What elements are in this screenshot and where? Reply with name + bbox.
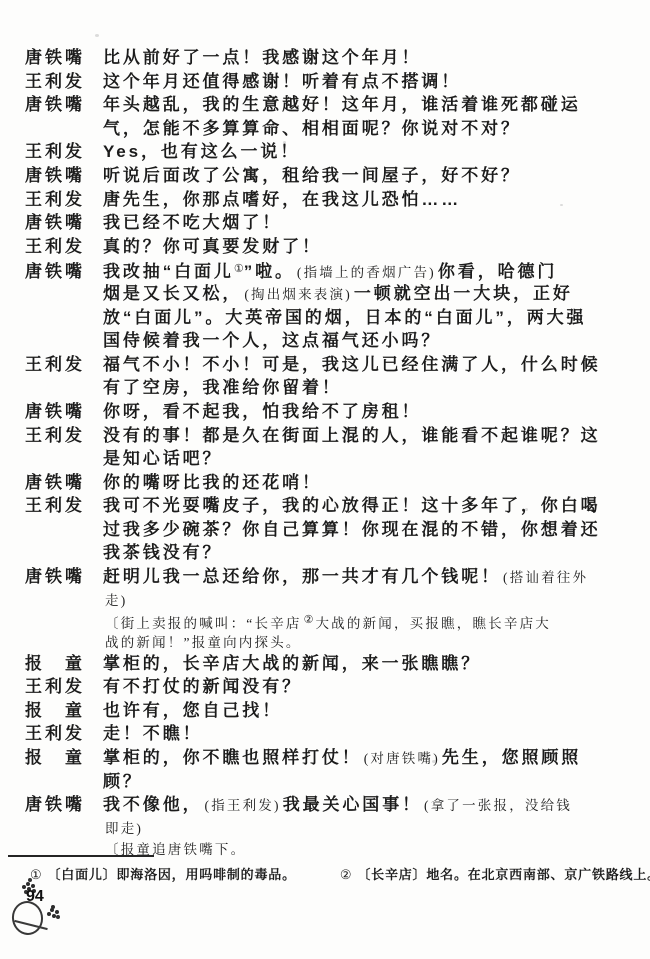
line-segment: 听说后面改了公寓，租给我一间屋子，好不好？ <box>103 166 521 185</box>
book-page: 唐铁嘴比从前好了一点！我感谢这个年月！王利发这个年月还值得感谢！听着有点不搭调！… <box>0 0 650 959</box>
script-line: 气，怎能不多算算命、相相面呢？你说对不对？ <box>0 117 650 141</box>
script-lines: 唐铁嘴比从前好了一点！我感谢这个年月！王利发这个年月还值得感谢！听着有点不搭调！… <box>0 46 650 859</box>
speaker-name: 王利发 <box>25 188 87 212</box>
script-line: 报 童也许有，您自己找！ <box>0 699 650 723</box>
line-text: 掌柜的，你不瞧也照样打仗！(对唐铁嘴)先生，您照顾照 <box>103 746 581 771</box>
line-segment: 走！不瞧！ <box>103 724 203 743</box>
line-segment: 真的？你可真要发财了！ <box>103 237 322 256</box>
script-line: 王利发没有的事！都是久在街面上混的人，谁能看不起谁呢？这 <box>0 424 650 448</box>
script-line: 过我多少碗茶？你自己算算！你现在混的不错，你想着还 <box>0 518 650 542</box>
speaker-name: 唐铁嘴 <box>25 471 87 495</box>
line-segment: (掏出烟来表演) <box>242 287 354 302</box>
speaker-name: 王利发 <box>25 722 87 746</box>
script-line: 王利发福气不小！不小！可是，我这儿已经住满了人，什么时候 <box>0 353 650 377</box>
line-text: 气，怎能不多算算命、相相面呢？你说对不对？ <box>103 117 521 141</box>
line-text: 有不打仗的新闻没有？ <box>103 675 302 699</box>
script-line: 王利发唐先生，你那点嗜好，在我这儿恐怕…… <box>0 188 650 212</box>
line-text: 走) <box>103 589 129 611</box>
line-text: 听说后面改了公寓，租给我一间屋子，好不好？ <box>103 164 521 188</box>
line-segment: 有了空房，我准给你留着！ <box>103 378 342 397</box>
script-line: 唐铁嘴我已经不吃大烟了！ <box>0 211 650 235</box>
line-text: Yes，也有这么一说！ <box>103 140 300 164</box>
line-segment: 掌柜的，你不瞧也照样打仗！ <box>103 748 362 767</box>
line-segment: 有不打仗的新闻没有？ <box>103 677 302 696</box>
line-text: 比从前好了一点！我感谢这个年月！ <box>103 46 421 70</box>
line-segment: 过我多少碗茶？你自己算算！你现在混的不错，你想着还 <box>103 520 601 539</box>
line-segment: 赶明儿我一总还给你，那一共才有几个钱呢！ <box>103 567 501 586</box>
speaker-name: 唐铁嘴 <box>25 565 87 589</box>
line-segment: 这个年月还值得感谢！听着有点不搭调！ <box>103 72 461 91</box>
line-segment: (指墙上的香烟广告) <box>295 265 438 280</box>
script-line: 唐铁嘴听说后面改了公寓，租给我一间屋子，好不好？ <box>0 164 650 188</box>
speaker-name: 报 童 <box>25 652 87 676</box>
script-line: 有了空房，我准给你留着！ <box>0 376 650 400</box>
line-text: 掌柜的，长辛店大战的新闻，来一张瞧瞧？ <box>103 652 481 676</box>
line-segment: 气，怎能不多算算命、相相面呢？你说对不对？ <box>103 119 521 138</box>
script-line: 王利发真的？你可真要发财了！ <box>0 235 650 259</box>
speaker-name: 王利发 <box>25 140 87 164</box>
line-text: 战的新闻！”报童向内探头。 <box>103 631 304 653</box>
script-line: 唐铁嘴我改抽“白面儿①”啦。(指墙上的香烟广告)你看，哈德门 <box>0 258 650 282</box>
line-segment: ”啦。 <box>244 262 295 281</box>
line-text: 顾？ <box>103 770 143 794</box>
footnote-text: 〔白面儿〕即海洛因，用吗啡制的毒品。 <box>47 864 295 883</box>
script-line: 烟是又长又松，(掏出烟来表演)一顿就空出一大块，正好 <box>0 282 650 306</box>
script-line: 战的新闻！”报童向内探头。 <box>0 631 650 652</box>
script-line: 国侍候着我一个人，这点福气还小吗？ <box>0 329 650 353</box>
line-text: 赶明儿我一总还给你，那一共才有几个钱呢！(搭讪着往外 <box>103 565 590 590</box>
script-line: 王利发我可不光耍嘴皮子，我的心放得正！这十多年了，你白喝 <box>0 494 650 518</box>
speaker-name: 唐铁嘴 <box>25 164 87 188</box>
line-segment: 我改抽“白面儿 <box>103 262 234 281</box>
scan-speck <box>560 204 563 206</box>
footnote-item: ② 〔长辛店〕地名。在北京西南部、京广铁路线上。 <box>340 864 650 883</box>
script-line: 即走) <box>0 817 650 838</box>
line-segment: (指王利发) <box>203 798 283 813</box>
flower-ornament-icon <box>50 908 54 912</box>
line-segment: 我已经不吃大烟了！ <box>103 213 282 232</box>
line-text: 我茶钱没有？ <box>103 541 222 565</box>
line-text: 我改抽“白面儿①”啦。(指墙上的香烟广告)你看，哈德门 <box>103 258 557 285</box>
line-segment: 大战的新闻，买报瞧，瞧长辛店大 <box>313 616 553 631</box>
line-segment: 掌柜的，长辛店大战的新闻，来一张瞧瞧？ <box>103 654 481 673</box>
scan-speck <box>525 508 528 511</box>
script-line: 王利发这个年月还值得感谢！听着有点不搭调！ <box>0 70 650 94</box>
speaker-name: 唐铁嘴 <box>25 260 87 284</box>
script-line: 王利发有不打仗的新闻没有？ <box>0 675 650 699</box>
line-text: 有了空房，我准给你留着！ <box>103 376 342 400</box>
speaker-name: 唐铁嘴 <box>25 46 87 70</box>
scan-speck <box>95 34 99 37</box>
line-text: 年头越乱，我的生意越好！这年月，谁活着谁死都碰运 <box>103 93 581 117</box>
line-segment: 一顿就空出一大块，正好 <box>354 284 573 303</box>
speaker-name: 报 童 <box>25 699 87 723</box>
line-segment: 我不像他， <box>103 795 203 814</box>
line-text: 烟是又长又松，(掏出烟来表演)一顿就空出一大块，正好 <box>103 282 573 307</box>
footnote-divider <box>8 855 154 857</box>
speaker-name: 唐铁嘴 <box>25 400 87 424</box>
line-segment: 走) <box>103 593 129 608</box>
line-segment: 没有的事！都是久在街面上混的人，谁能看不起谁呢？这 <box>103 426 601 445</box>
line-segment: 战的新闻！”报童向内探头。 <box>103 635 304 650</box>
line-segment: 烟是又长又松， <box>103 284 242 303</box>
line-segment: 国侍候着我一个人，这点福气还小吗？ <box>103 331 441 350</box>
script-line: 走) <box>0 589 650 610</box>
script-line: 〔街上卖报的喊叫：“长辛店②大战的新闻，买报瞧，瞧长辛店大 <box>0 610 650 631</box>
speaker-name: 王利发 <box>25 424 87 448</box>
script-line: 放“白面儿”。大英帝国的烟，日本的“白面儿”，两大强 <box>0 306 650 330</box>
line-text: 你的嘴呀比我的还花哨！ <box>103 471 322 495</box>
scan-speck <box>283 141 286 144</box>
line-text: 走！不瞧！ <box>103 722 203 746</box>
speaker-name: 王利发 <box>25 675 87 699</box>
line-segment: 你看，哈德门 <box>438 262 557 281</box>
line-segment: 我可不光耍嘴皮子，我的心放得正！这十多年了，你白喝 <box>103 496 601 515</box>
line-segment: 你的嘴呀比我的还花哨！ <box>103 473 322 492</box>
line-segment: 我茶钱没有？ <box>103 543 222 562</box>
line-segment: 即走) <box>103 821 145 836</box>
page-number: 94 <box>26 888 44 906</box>
line-text: 我可不光耍嘴皮子，我的心放得正！这十多年了，你白喝 <box>103 494 601 518</box>
line-segment: (搭讪着往外 <box>501 570 590 585</box>
line-segment: 福气不小！不小！可是，我这儿已经住满了人，什么时候 <box>103 355 601 374</box>
speaker-name: 王利发 <box>25 494 87 518</box>
footnote-text: 〔长辛店〕地名。在北京西南部、京广铁路线上。 <box>357 864 650 883</box>
script-line: 王利发走！不瞧！ <box>0 722 650 746</box>
line-segment: 比从前好了一点！我感谢这个年月！ <box>103 48 421 67</box>
footnote-item: ① 〔白面儿〕即海洛因，用吗啡制的毒品。 <box>30 864 296 883</box>
speaker-name: 报 童 <box>25 746 87 770</box>
line-text: 我不像他，(指王利发)我最关心国事！(拿了一张报，没给钱 <box>103 793 574 818</box>
line-segment: Yes，也有这么一说！ <box>103 142 300 161</box>
footnote-number-icon: ① <box>30 867 42 883</box>
scan-speck <box>432 760 436 763</box>
footnotes: ① 〔白面儿〕即海洛因，用吗啡制的毒品。 ② 〔长辛店〕地名。在北京西南部、京广… <box>30 864 650 883</box>
line-segment: 〔街上卖报的喊叫：“长辛店 <box>103 616 304 631</box>
line-text: 这个年月还值得感谢！听着有点不搭调！ <box>103 70 461 94</box>
line-text: 即走) <box>103 817 145 839</box>
speaker-name: 唐铁嘴 <box>25 211 87 235</box>
script-line: 唐铁嘴你的嘴呀比我的还花哨！ <box>0 471 650 495</box>
line-text: 没有的事！都是久在街面上混的人，谁能看不起谁呢？这 <box>103 424 601 448</box>
footnote-number-icon: ② <box>340 867 352 883</box>
line-segment: 我最关心国事！ <box>283 795 422 814</box>
line-segment: 放“白面儿”。大英帝国的烟，日本的“白面儿”，两大强 <box>103 308 586 327</box>
script-line: 顾？ <box>0 770 650 794</box>
script-line: 唐铁嘴我不像他，(指王利发)我最关心国事！(拿了一张报，没给钱 <box>0 793 650 817</box>
line-segment: (对唐铁嘴) <box>362 751 442 766</box>
line-segment: 顾？ <box>103 772 143 791</box>
footnote-ref-marker: ② <box>304 614 314 626</box>
page-number-stamp: 94 <box>10 884 68 936</box>
line-text: 国侍候着我一个人，这点福气还小吗？ <box>103 329 441 353</box>
line-segment: 你呀，看不起我，怕我给不了房租！ <box>103 402 421 421</box>
speaker-name: 唐铁嘴 <box>25 793 87 817</box>
line-segment: (拿了一张报，没给钱 <box>422 798 574 813</box>
line-segment: 是知心话吧？ <box>103 449 222 468</box>
line-text: 放“白面儿”。大英帝国的烟，日本的“白面儿”，两大强 <box>103 306 586 330</box>
line-text: 真的？你可真要发财了！ <box>103 235 322 259</box>
footnote-ref-marker: ① <box>234 263 244 275</box>
flower-ornament-icon <box>26 882 30 886</box>
script-line: 王利发Yes，也有这么一说！ <box>0 140 650 164</box>
line-text: 过我多少碗茶？你自己算算！你现在混的不错，你想着还 <box>103 518 601 542</box>
script-line: 我茶钱没有？ <box>0 541 650 565</box>
speaker-name: 王利发 <box>25 70 87 94</box>
line-segment: 年头越乱，我的生意越好！这年月，谁活着谁死都碰运 <box>103 95 581 114</box>
line-segment: 也许有，您自己找！ <box>103 701 282 720</box>
script-line: 唐铁嘴比从前好了一点！我感谢这个年月！ <box>0 46 650 70</box>
line-text: 你呀，看不起我，怕我给不了房租！ <box>103 400 421 424</box>
line-text: 唐先生，你那点嗜好，在我这儿恐怕…… <box>103 188 461 212</box>
line-segment: 唐先生，你那点嗜好，在我这儿恐怕…… <box>103 190 461 209</box>
script-line: 是知心话吧？ <box>0 447 650 471</box>
script-line: 报 童掌柜的，你不瞧也照样打仗！(对唐铁嘴)先生，您照顾照 <box>0 746 650 770</box>
line-text: 也许有，您自己找！ <box>103 699 282 723</box>
line-text: 我已经不吃大烟了！ <box>103 211 282 235</box>
script-line: 唐铁嘴赶明儿我一总还给你，那一共才有几个钱呢！(搭讪着往外 <box>0 565 650 589</box>
line-segment: 先生，您照顾照 <box>442 748 581 767</box>
line-text: 是知心话吧？ <box>103 447 222 471</box>
line-text: 福气不小！不小！可是，我这儿已经住满了人，什么时候 <box>103 353 601 377</box>
speaker-name: 唐铁嘴 <box>25 93 87 117</box>
script-line: 报 童掌柜的，长辛店大战的新闻，来一张瞧瞧？ <box>0 652 650 676</box>
script-line: 唐铁嘴你呀，看不起我，怕我给不了房租！ <box>0 400 650 424</box>
script-line: 唐铁嘴年头越乱，我的生意越好！这年月，谁活着谁死都碰运 <box>0 93 650 117</box>
speaker-name: 王利发 <box>25 235 87 259</box>
speaker-name: 王利发 <box>25 353 87 377</box>
